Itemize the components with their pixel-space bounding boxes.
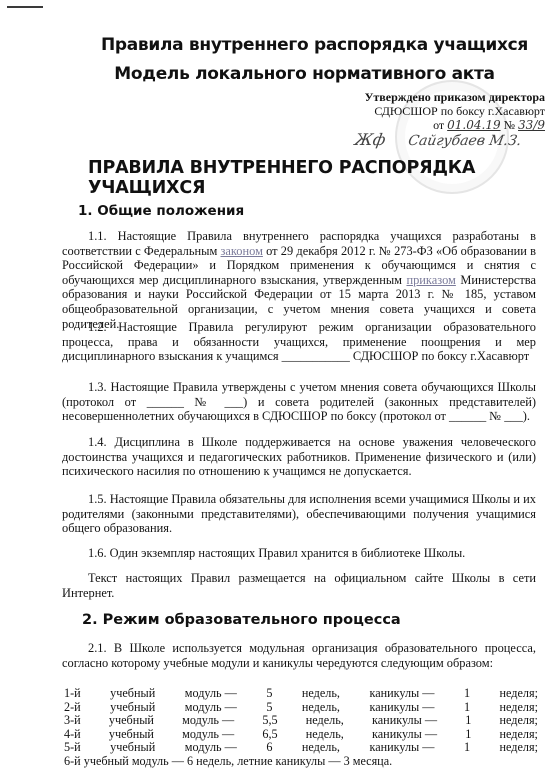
module-number: 2-й — [64, 701, 81, 715]
section-2-heading: 2. Режим образовательного процесса — [82, 612, 401, 628]
text: модуль — — [182, 728, 234, 742]
section-1-heading: 1. Общие положения — [78, 203, 244, 219]
approval-line-2: СДЮСШОР по боксу г.Хасавюрт — [315, 104, 545, 118]
weeks-value: 5,5 — [262, 714, 277, 728]
weeks-value: 6,5 — [262, 728, 277, 742]
text: каникулы — — [372, 728, 437, 742]
schedule-row: 2-й учебный модуль — 5 недель, каникулы … — [64, 701, 538, 715]
text: каникулы — — [369, 741, 434, 755]
schedule-row: 4-й учебный модуль — 6,5 недель, каникул… — [64, 728, 538, 742]
break-value: 1 — [464, 701, 470, 715]
schedule-row: 5-й учебный модуль — 6 недель, каникулы … — [64, 741, 538, 755]
paragraph-1-7: Текст настоящих Правил размещается на оф… — [62, 571, 536, 600]
text: недель, — [302, 701, 340, 715]
text: модуль — — [185, 741, 237, 755]
document-subtitle: Модель локального нормативного акта — [30, 64, 549, 84]
text: модуль — — [182, 714, 234, 728]
schedule-row: 3-й учебный модуль — 5,5 недель, каникул… — [64, 714, 538, 728]
text: модуль — — [185, 701, 237, 715]
main-title: ПРАВИЛА ВНУТРЕННЕГО РАСПОРЯДКА УЧАЩИХСЯ — [88, 158, 549, 198]
text: неделя; — [500, 701, 538, 715]
weeks-value: 5 — [266, 701, 272, 715]
break-value: 1 — [464, 687, 470, 701]
scan-mark — [7, 6, 43, 8]
paragraph-1-6: 1.6. Один экземпляр настоящих Правил хра… — [62, 546, 536, 561]
text: учебный — [109, 714, 154, 728]
paragraph-1-3: 1.3. Настоящие Правила утверждены с учет… — [62, 380, 536, 424]
break-value: 1 — [465, 714, 471, 728]
text: учебный — [110, 687, 155, 701]
break-value: 1 — [464, 741, 470, 755]
text: недель, — [302, 687, 340, 701]
weeks-value: 5 — [266, 687, 272, 701]
text: недель, — [306, 728, 344, 742]
approval-block: Утверждено приказом директора СДЮСШОР по… — [315, 90, 545, 132]
text: каникулы — — [369, 687, 434, 701]
text: недель, — [306, 714, 344, 728]
schedule-last-row: 6-й учебный модуль — 6 недель, летние ка… — [64, 755, 538, 768]
paragraph-1-5: 1.5. Настоящие Правила обязательны для и… — [62, 492, 536, 536]
text: неделя; — [499, 714, 537, 728]
module-number: 4-й — [64, 728, 81, 742]
approval-line-1: Утверждено приказом директора — [315, 90, 545, 104]
document-title: Правила внутреннего распорядка учащихся — [40, 35, 549, 55]
text: каникулы — — [372, 714, 437, 728]
text: модуль — — [185, 687, 237, 701]
module-number: 5-й — [64, 741, 81, 755]
text: учебный — [110, 741, 155, 755]
text: каникулы — — [369, 701, 434, 715]
text: учебный — [110, 701, 155, 715]
law-link[interactable]: законом — [221, 244, 263, 258]
text: неделя; — [500, 741, 538, 755]
text: неделя; — [499, 728, 537, 742]
signature-name: Сайгубаев М.З. — [407, 133, 523, 149]
signature-initials: Жф — [353, 130, 387, 149]
break-value: 1 — [465, 728, 471, 742]
paragraph-1-4: 1.4. Дисциплина в Школе поддерживается н… — [62, 435, 536, 479]
paragraph-1-2: 1.2. Настоящие Правила регулируют режим … — [62, 320, 536, 364]
module-number: 3-й — [64, 714, 81, 728]
text: недель, — [302, 741, 340, 755]
text: учебный — [109, 728, 154, 742]
weeks-value: 6 — [266, 741, 272, 755]
order-link[interactable]: приказом — [406, 273, 455, 287]
module-number: 1-й — [64, 687, 81, 701]
paragraph-1-1: 1.1. Настоящие Правила внутреннего распо… — [62, 229, 536, 331]
module-schedule: 1-й учебный модуль — 5 недель, каникулы … — [64, 687, 538, 768]
signature: Жф Сайгубаев М.З. — [353, 130, 523, 149]
text: неделя; — [500, 687, 538, 701]
paragraph-2-1: 2.1. В Школе используется модульная орга… — [62, 641, 536, 670]
schedule-row: 1-й учебный модуль — 5 недель, каникулы … — [64, 687, 538, 701]
